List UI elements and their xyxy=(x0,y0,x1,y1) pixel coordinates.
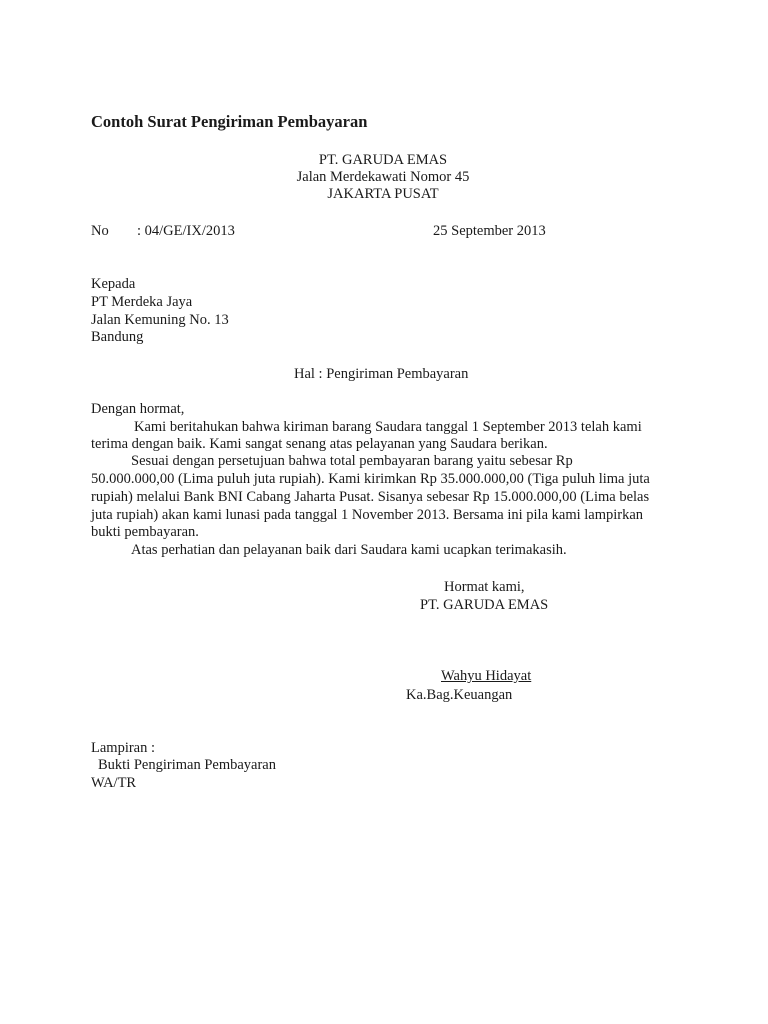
body-line: 50.000.000,00 (Lima puluh juta rupiah). … xyxy=(91,470,650,488)
body-line: Kami beritahukan bahwa kiriman barang Sa… xyxy=(134,418,642,436)
closing: Hormat kami, xyxy=(444,578,525,596)
document-title: Contoh Surat Pengiriman Pembayaran xyxy=(91,113,367,131)
attachment-label: Lampiran : xyxy=(91,739,155,757)
body-line: terima dengan baik. Kami sangat senang a… xyxy=(91,435,548,453)
recipient-line: Bandung xyxy=(91,328,143,346)
letterhead-city: JAKARTA PUSAT xyxy=(327,185,438,203)
body-line: bukti pembayaran. xyxy=(91,523,199,541)
letterhead-company: PT. GARUDA EMAS xyxy=(319,151,447,169)
letterhead-address: Jalan Merdekawati Nomor 45 xyxy=(297,168,470,186)
body-line: Sesuai dengan persetujuan bahwa total pe… xyxy=(131,452,573,470)
body-line: rupiah) melalui Bank BNI Cabang Jaharta … xyxy=(91,488,649,506)
salutation: Dengan hormat, xyxy=(91,400,184,418)
body-line: juta rupiah) akan kami lunasi pada tangg… xyxy=(91,506,643,524)
letter-date: 25 September 2013 xyxy=(433,222,546,240)
signer-title: Ka.Bag.Keuangan xyxy=(406,686,512,704)
number-value: : 04/GE/IX/2013 xyxy=(137,222,235,240)
attachment-item: Bukti Pengiriman Pembayaran xyxy=(98,756,276,774)
subject-line: Hal : Pengiriman Pembayaran xyxy=(294,365,468,383)
initials: WA/TR xyxy=(91,774,136,792)
recipient-line: Kepada xyxy=(91,275,135,293)
closing-company: PT. GARUDA EMAS xyxy=(420,596,548,614)
signer-name: Wahyu Hidayat xyxy=(441,667,531,685)
recipient-line: PT Merdeka Jaya xyxy=(91,293,192,311)
body-line: Atas perhatian dan pelayanan baik dari S… xyxy=(131,541,567,559)
recipient-line: Jalan Kemuning No. 13 xyxy=(91,311,229,329)
number-label: No xyxy=(91,222,109,240)
